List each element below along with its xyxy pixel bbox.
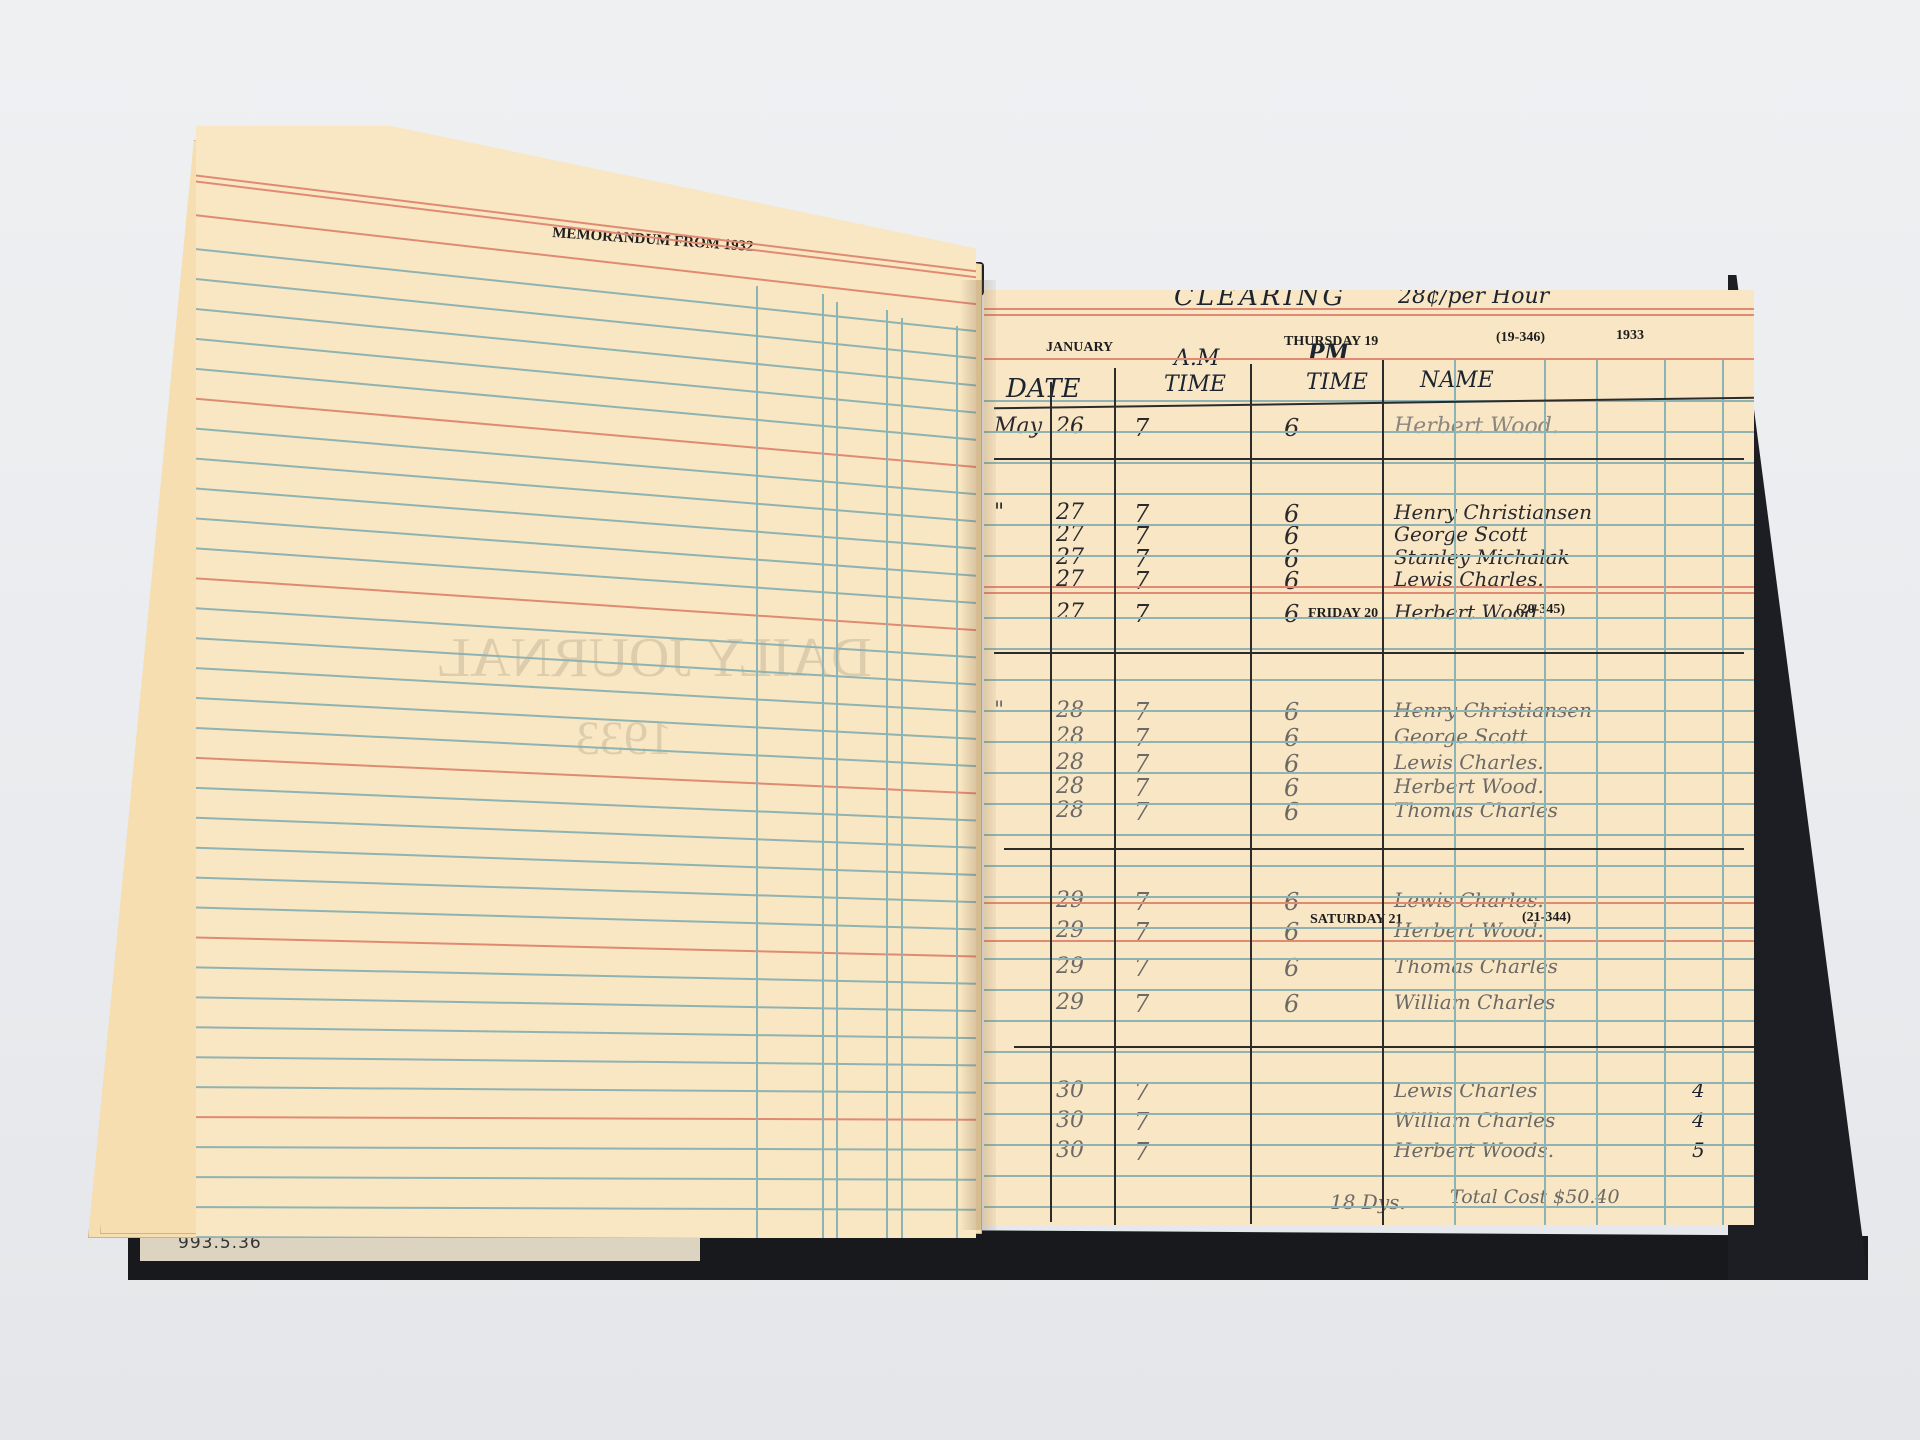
entry-hours: 5 [1692,1138,1705,1162]
blue-rule [984,772,1754,774]
group-separator [994,458,1744,460]
summary-days: 18 Dys. [1330,1190,1406,1214]
column-rule [756,286,758,1238]
entry-am-time: 7 [1134,918,1149,946]
blue-rule [984,617,1754,619]
printed-month: JANUARY [1046,340,1113,356]
entry-day: 30 [1056,1138,1084,1163]
blue-rule [196,1206,976,1210]
blue-rule [984,927,1754,929]
entry-day: 28 [1056,774,1084,799]
blue-rule [196,1086,976,1093]
column-rule [901,318,903,1238]
header-name: NAME [1420,368,1494,393]
blue-rule [196,1146,976,1150]
name-column-line [1382,360,1384,1225]
blue-rule [984,524,1754,526]
entry-day: 29 [1056,888,1084,913]
entry-day: 27 [1056,600,1084,625]
blue-rule [984,1051,1754,1053]
right-page: JANUARY THURSDAY 19 (19-346) 1933 FRIDAY… [984,290,1754,1225]
summary-total-cost: Total Cost $50.40 [1450,1186,1620,1208]
entry-pm-time: 6 [1284,918,1299,946]
am-column-line [1114,368,1116,1225]
column-rule [1722,360,1724,1225]
blue-rule [196,816,976,850]
entry-name: Henry Christiansen [1394,500,1592,524]
entry-pm-time: 6 [1284,724,1299,752]
column-rule [836,302,838,1238]
entry-am-time: 7 [1134,414,1149,442]
entry-name: Herbert Wood. [1394,600,1544,624]
blue-rule [984,648,1754,650]
red-rule [984,358,1754,360]
blue-rule [196,966,976,985]
red-rule [984,592,1754,594]
entry-hours: 4 [1692,1108,1705,1132]
group-separator [1004,848,1744,850]
blue-rule [984,958,1754,960]
entry-am-time: 7 [1134,724,1149,752]
entry-am-time: 7 [1134,600,1149,628]
column-rule [1454,360,1456,1225]
entry-month: May [994,414,1042,439]
printed-year: 1933 [1616,328,1644,344]
column-rule [886,310,888,1238]
red-rule [984,940,1754,942]
blue-rule [984,1020,1754,1022]
entry-name: William Charles [1394,1108,1555,1132]
red-rule [196,936,976,958]
blue-rule [196,1056,976,1066]
entry-name: William Charles [1394,990,1555,1014]
blue-rule [196,426,976,498]
blue-rule [984,1082,1754,1084]
entry-name: Herbert Wood. [1394,774,1544,798]
entry-day: 26 [1056,414,1084,439]
entry-am-time: 7 [1134,698,1149,726]
blue-rule [984,989,1754,991]
entry-day: 27 [1056,567,1084,592]
blue-rule [196,846,976,877]
blue-rule [984,896,1754,898]
entry-day: 30 [1056,1108,1084,1133]
blue-rule [984,493,1754,495]
red-rule [196,576,976,633]
red-rule [196,178,976,282]
entry-day: 29 [1056,990,1084,1015]
header-underline [994,397,1754,410]
header-am-time: TIME [1164,372,1226,397]
blue-rule [984,462,1754,464]
red-rule [984,308,1754,310]
header-pm-time: TIME [1306,370,1368,395]
blue-rule [984,1175,1754,1177]
book-gutter [960,280,996,1230]
blue-rule [196,516,976,579]
blue-rule [196,1026,976,1039]
column-rule [1544,360,1546,1225]
blue-rule [984,710,1754,712]
blue-rule [196,1236,976,1238]
blue-rule [984,1144,1754,1146]
entry-am-time: 7 [1134,1138,1149,1166]
blue-rule [196,486,976,552]
printed-day-saturday: SATURDAY 21 [1310,912,1402,928]
entry-name: Herbert Wood. [1394,414,1559,439]
blue-rule [984,834,1754,836]
blue-rule [196,546,976,606]
blue-rule [984,865,1754,867]
blue-rule [196,996,976,1012]
column-rule [956,326,958,1238]
blue-rule [984,1113,1754,1115]
entry-name: George Scott [1394,522,1527,546]
entry-day: 28 [1056,724,1084,749]
blue-rule [196,786,976,823]
blue-rule [984,803,1754,805]
blue-rule [984,1206,1754,1208]
entry-pm-time: 6 [1284,600,1299,628]
entry-pm-time: 6 [1284,698,1299,726]
entry-pm-time: 6 [1284,567,1299,595]
column-rule [1596,360,1598,1225]
entry-pm-time: 6 [1284,414,1299,442]
blue-rule [196,1176,976,1180]
printed-day-code-thursday: (19-346) [1496,330,1545,346]
blue-rule [984,555,1754,557]
entry-day: 28 [1056,798,1084,823]
blue-rule [196,876,976,904]
entry-name: Lewis Charles. [1394,888,1544,912]
red-rule [984,586,1754,588]
blue-rule [984,741,1754,743]
group-separator [994,652,1744,654]
date-column-line [1050,382,1052,1222]
red-rule [196,1116,976,1120]
entry-name: Lewis Charles. [1394,750,1544,774]
entry-name: George Scott [1394,724,1527,748]
red-rule [984,314,1754,316]
blue-rule [196,456,976,525]
blue-rule [196,906,976,931]
column-rule [822,294,824,1238]
handwritten-rate: 28¢/per Hour [1398,290,1549,309]
entry-pm-time: 6 [1284,990,1299,1018]
red-rule [984,902,1754,904]
blue-rule [984,679,1754,681]
entry-name: Herbert Woods. [1394,1138,1554,1162]
blue-rule [984,431,1754,433]
printed-day-friday: FRIDAY 20 [1308,606,1378,622]
column-rule [1664,360,1666,1225]
left-page: DAILY JOURNAL 1933 MEMORANDUM FROM 1932 [196,126,976,1238]
group-separator [1014,1046,1754,1048]
entry-day: 27 [1056,522,1084,547]
entry-name: Herbert Wood. [1394,918,1544,942]
entry-name: Thomas Charles [1394,798,1558,822]
entry-am-time: 7 [1134,567,1149,595]
header-pm: PM [1308,340,1349,366]
entry-am-time: 7 [1134,990,1149,1018]
pm-column-line [1250,364,1252,1224]
